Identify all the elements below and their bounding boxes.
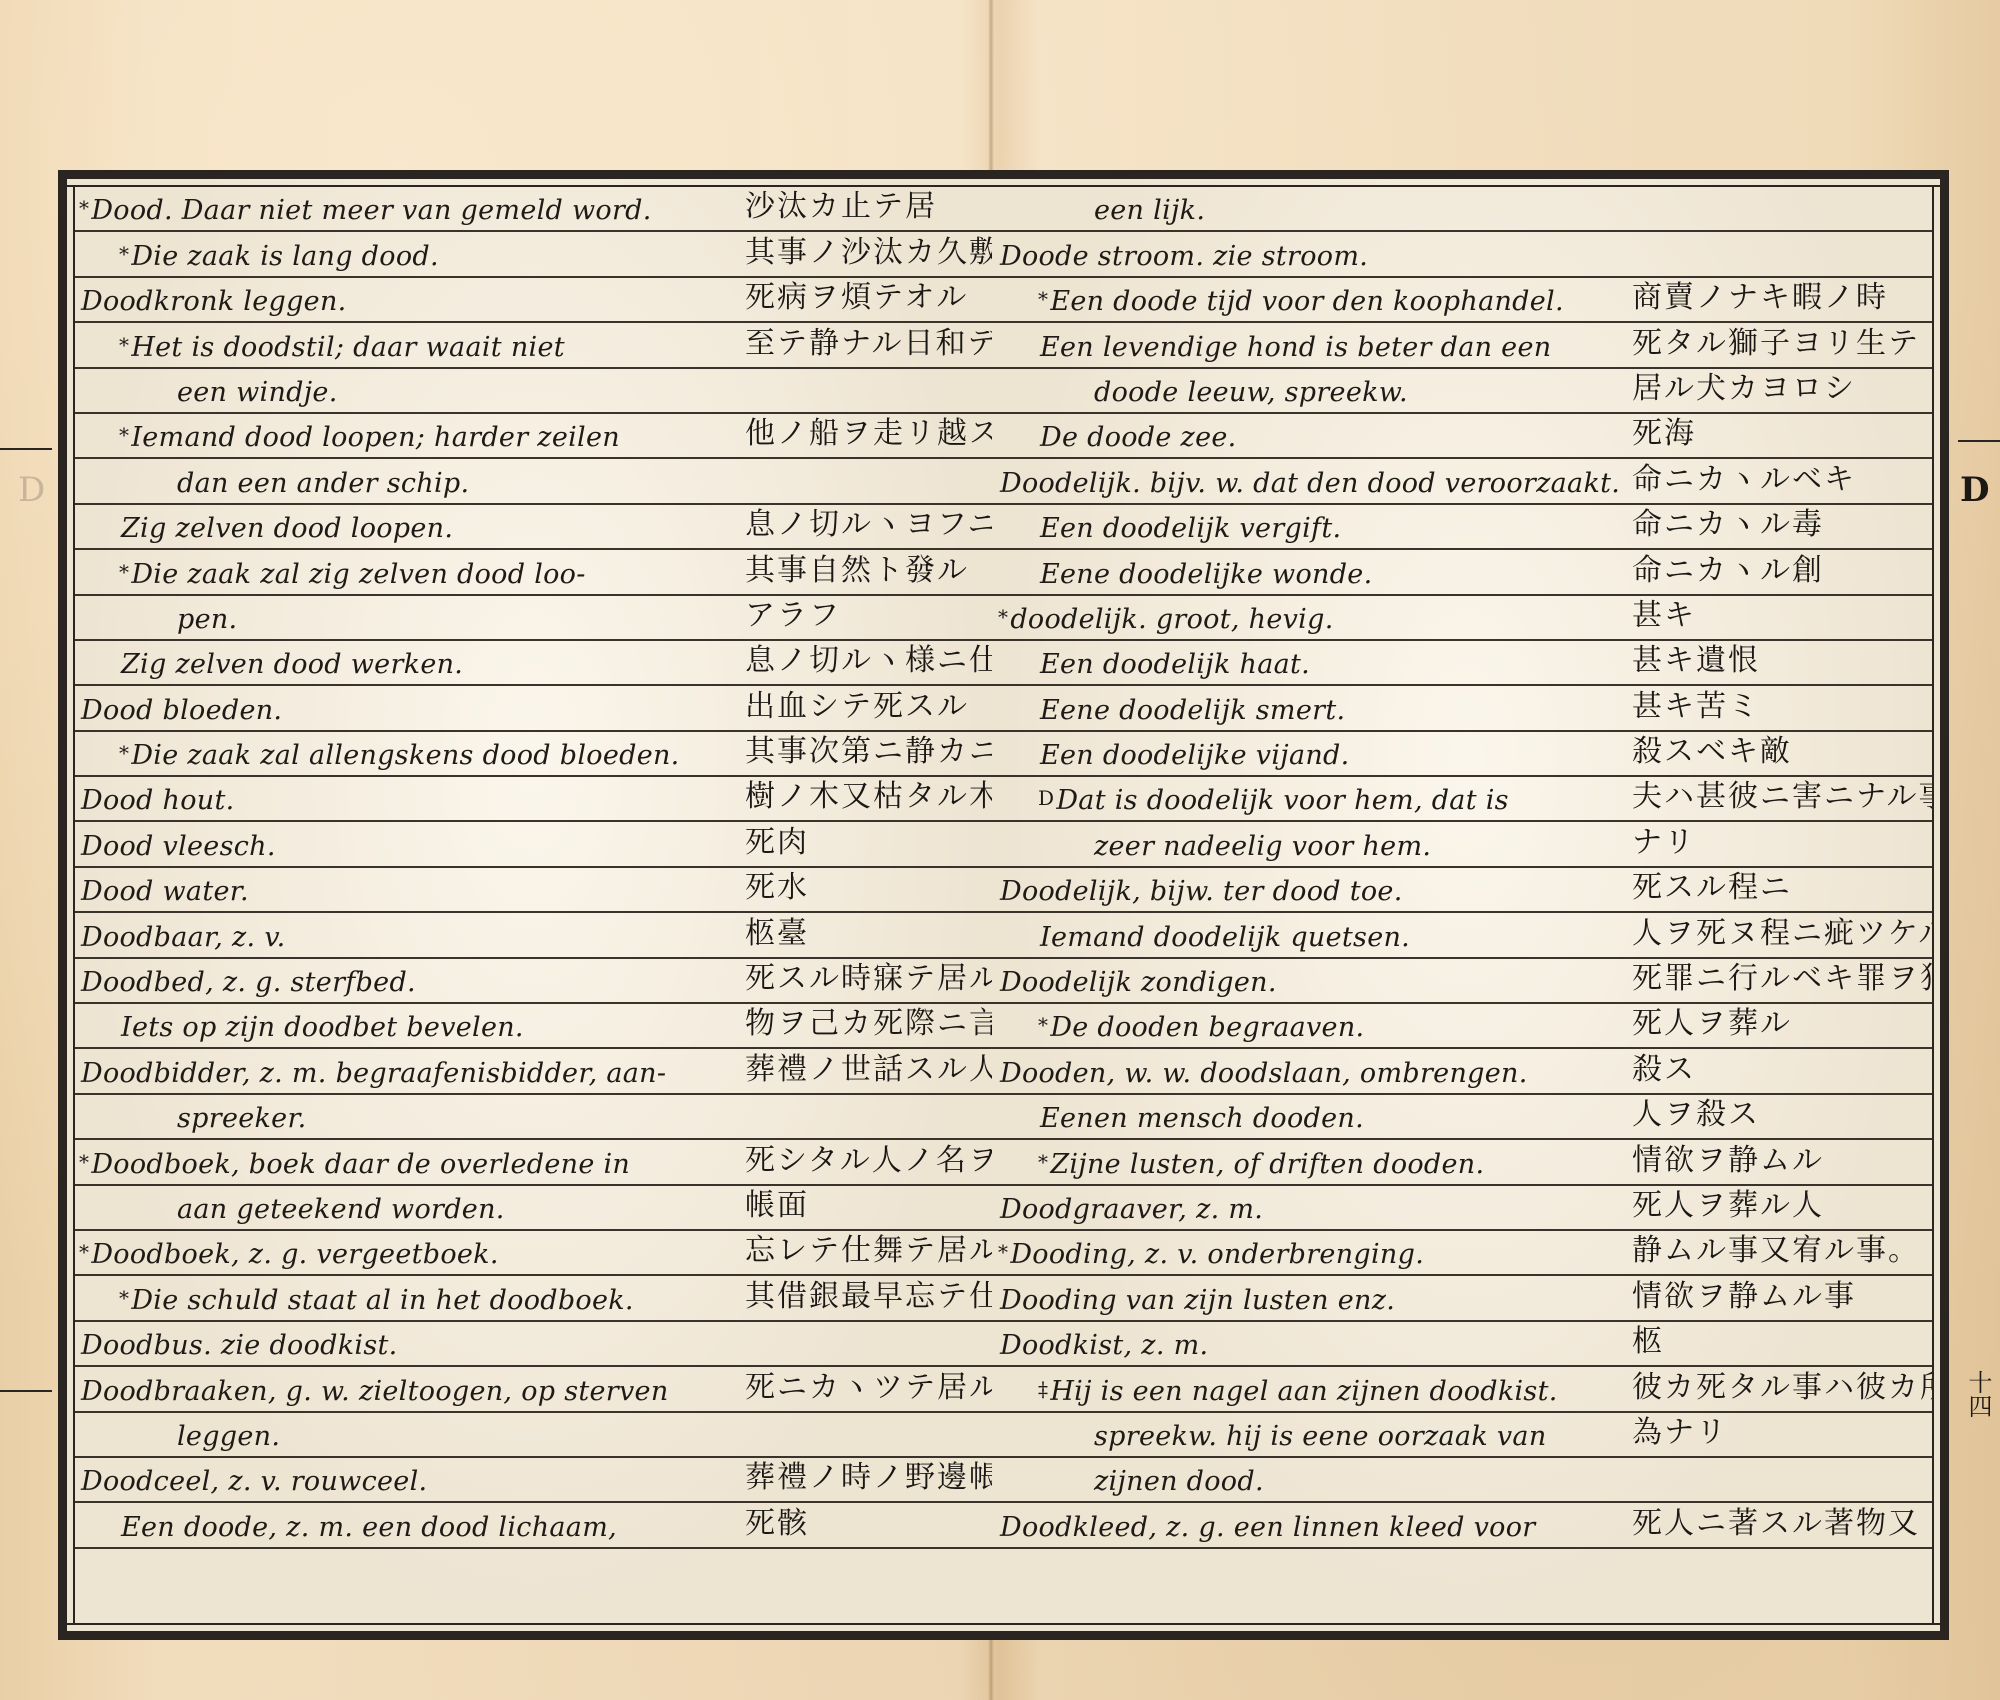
left-entry-list: *Dood. Daar niet meer van gemeld word. 沙…	[75, 187, 997, 1623]
bleed-through-letter: D	[18, 470, 45, 510]
dutch-text: Dooding van zijn lusten enz.	[1000, 1285, 1395, 1316]
entry-marker: *	[119, 741, 129, 765]
dictionary-entry-row: *De dooden begraaven. 死人ヲ葬ル	[992, 1004, 1932, 1049]
dutch-entry-text: een lijk.	[992, 195, 1628, 230]
dutch-text: Die zaak is lang dood.	[131, 241, 439, 272]
entry-marker: *	[1038, 1150, 1048, 1174]
dictionary-entry-row: Doodelijk, bijw. ter dood toe. 死スル程ニ	[992, 868, 1932, 913]
dutch-text: leggen.	[177, 1421, 280, 1452]
dutch-text: Dood hout.	[81, 785, 235, 816]
japanese-translation: 夫ハ甚彼ニ害ニナル事	[1628, 771, 1932, 820]
dutch-text: Een doode, z. m. een dood lichaam,	[121, 1512, 617, 1543]
dutch-text: Dood water.	[81, 876, 249, 907]
japanese-translation: 葬禮ノ世話スル人	[741, 1044, 997, 1093]
dutch-entry-text: Iets op zijn doodbet bevelen.	[75, 1012, 741, 1047]
dictionary-entry-row: Doodbraaken, g. w. zieltoogen, op sterve…	[75, 1367, 997, 1412]
dutch-entry-text: *Die zaak zal zig zelven dood loo-	[75, 559, 741, 594]
dutch-entry-text: Doodgraaver, z. m.	[992, 1194, 1628, 1229]
dutch-entry-text: Dooden, w. w. doodslaan, ombrengen.	[992, 1058, 1628, 1093]
dictionary-entry-row: spreeker.	[75, 1095, 997, 1140]
dutch-entry-text: Doodelijk. bijv. w. dat den dood veroorz…	[992, 468, 1628, 503]
dutch-entry-text: Doodkronk leggen.	[75, 286, 741, 321]
dutch-text: De dooden begraaven.	[1050, 1012, 1364, 1043]
entry-marker: *	[119, 242, 129, 266]
dutch-text: spreeker.	[177, 1103, 307, 1134]
entry-marker: *	[79, 196, 89, 220]
japanese-translation: 殺ス	[1628, 1044, 1932, 1093]
dutch-text: Doodgraaver, z. m.	[1000, 1194, 1263, 1225]
dictionary-entry-row: Dood water. 死水	[75, 868, 997, 913]
dutch-text: Zijne lusten, of driften dooden.	[1050, 1149, 1484, 1180]
dictionary-entry-row: Eene doodelijke wonde. 命ニカヽル創	[992, 550, 1932, 595]
dutch-entry-text: zeer nadeelig voor hem.	[992, 831, 1628, 866]
dictionary-entry-row: Een doodelijk haat. 甚キ遺恨	[992, 641, 1932, 686]
japanese-translation: 死水	[741, 862, 997, 911]
dictionary-entry-row: Doodbaar, z. v. 柩臺	[75, 913, 997, 958]
dutch-entry-text: Een doodelijke vijand.	[992, 740, 1628, 775]
dictionary-entry-row: Doode stroom. zie stroom.	[992, 232, 1932, 277]
japanese-translation: 居ル犬カヨロシ	[1628, 363, 1932, 412]
dutch-text: een windje.	[177, 377, 338, 408]
entry-marker: *	[79, 1150, 89, 1174]
dutch-text: dan een ander schip.	[177, 468, 469, 499]
entry-marker: *	[119, 560, 129, 584]
japanese-translation: 死タル獅子ヨリ生テ	[1628, 318, 1932, 367]
dutch-text: Dood vleesch.	[81, 831, 276, 862]
dutch-entry-text: Dood vleesch.	[75, 831, 741, 866]
japanese-translation	[1628, 225, 1932, 230]
dutch-entry-text: *Doodboek, z. g. vergeetboek.	[75, 1239, 741, 1274]
dictionary-entry-row: Dood vleesch. 死肉	[75, 822, 997, 867]
japanese-translation: ナリ	[1628, 817, 1932, 866]
dutch-text: Zig zelven dood loopen.	[121, 513, 453, 544]
dutch-text: zeer nadeelig voor hem.	[1094, 831, 1431, 862]
dutch-entry-text: *Dooding, z. v. onderbrenging.	[992, 1239, 1628, 1274]
dutch-text: Een doodelijk vergift.	[1040, 513, 1341, 544]
japanese-translation: 死海	[1628, 408, 1932, 457]
japanese-translation: 為ナリ	[1628, 1407, 1932, 1456]
dutch-text: een lijk.	[1094, 195, 1205, 226]
dutch-entry-text: Doode stroom. zie stroom.	[992, 241, 1628, 276]
dictionary-entry-row: Dooding van zijn lusten enz. 情欲ヲ静ムル事	[992, 1276, 1932, 1321]
dictionary-entry-row: *Die zaak zal zig zelven dood loo- 其事自然ト…	[75, 550, 997, 595]
japanese-translation: 沙汰カ止テ居	[741, 181, 997, 230]
dutch-text: Iets op zijn doodbet bevelen.	[121, 1012, 524, 1043]
frame-rule	[1932, 185, 1934, 1625]
japanese-translation: 死シタル人ノ名ヲ附ル	[741, 1135, 997, 1184]
entry-marker: *	[119, 423, 129, 447]
dutch-entry-text: Doodelijk, bijw. ter dood toe.	[992, 876, 1628, 911]
dutch-entry-text: een windje.	[75, 377, 741, 412]
dutch-entry-text: *Doodboek, boek daar de overledene in	[75, 1149, 741, 1184]
dictionary-entry-row: *Iemand dood loopen; harder zeilen 他ノ船ヲ走…	[75, 414, 997, 459]
dutch-text: Iemand dood loopen; harder zeilen	[131, 422, 620, 453]
dictionary-entry-row: *Dood. Daar niet meer van gemeld word. 沙…	[75, 187, 997, 232]
dictionary-entry-row: *Doodboek, z. g. vergeetboek. 忘レテ仕舞テ居ル	[75, 1231, 997, 1276]
dutch-text: De doode zee.	[1040, 422, 1237, 453]
entry-marker: *	[79, 1240, 89, 1264]
entry-marker: *	[998, 605, 1008, 629]
japanese-translation: 死人ヲ葬ル人	[1628, 1180, 1932, 1229]
dictionary-entry-row: Zig zelven dood werken. 息ノ切ルヽ様ニ仕事ヲス	[75, 641, 997, 686]
dictionary-entry-row: Een levendige hond is beter dan een 死タル獅…	[992, 323, 1932, 368]
japanese-translation: 柩	[1628, 1316, 1932, 1365]
japanese-translation: 樹ノ木又枯タル木	[741, 771, 997, 820]
dutch-text: Dooden, w. w. doodslaan, ombrengen.	[1000, 1058, 1528, 1089]
dutch-entry-text: *Het is doodstil; daar waait niet	[75, 332, 741, 367]
entry-marker: *	[998, 1240, 1008, 1264]
japanese-translation: 彼カ死タル事ハ彼カ所	[1628, 1362, 1932, 1411]
japanese-translation: 甚キ苦ミ	[1628, 681, 1932, 730]
dictionary-entry-row: een lijk.	[992, 187, 1932, 232]
margin-rule	[0, 1390, 52, 1392]
dutch-text: Zig zelven dood werken.	[121, 649, 463, 680]
dictionary-entry-row: Dood hout. 樹ノ木又枯タル木	[75, 777, 997, 822]
dutch-text: Eenen mensch dooden.	[1040, 1103, 1364, 1134]
right-entry-list: een lijk. Doode stroom. zie stroom. *Een…	[992, 187, 1932, 1623]
dutch-text: Die zaak zal allengskens dood bloeden.	[131, 740, 679, 771]
japanese-translation: 命ニカヽル毒	[1628, 499, 1932, 548]
left-page: *Dood. Daar niet meer van gemeld word. 沙…	[58, 170, 997, 1640]
japanese-translation: 人ヲ死ヌ程ニ疵ツケル。	[1628, 908, 1932, 957]
dutch-entry-text: Zig zelven dood loopen.	[75, 513, 741, 548]
dutch-entry-text: Doodbaar, z. v.	[75, 922, 741, 957]
japanese-translation: 死人ニ著スル著物又	[1628, 1498, 1932, 1547]
dutch-entry-text: Doodbed, z. g. sterfbed.	[75, 967, 741, 1002]
dictionary-entry-row: *Die zaak is lang dood. 其事ノ沙汰カ久敷止テ	[75, 232, 997, 277]
dutch-text: aan geteekend worden.	[177, 1194, 505, 1225]
dutch-text: Een doodelijk haat.	[1040, 649, 1310, 680]
section-letter: D	[1960, 470, 1989, 510]
dictionary-entry-row: een windje.	[75, 369, 997, 414]
dutch-entry-text: doode leeuw, spreekw.	[992, 377, 1628, 412]
margin-rule	[1958, 440, 2000, 442]
dictionary-entry-row: Doodbus. zie doodkist.	[75, 1322, 997, 1367]
japanese-translation: 甚キ	[1628, 590, 1932, 639]
dictionary-entry-row: *Zijne lusten, of driften dooden. 情欲ヲ静ムル	[992, 1140, 1932, 1185]
japanese-translation: 殺スベキ敵	[1628, 726, 1932, 775]
dutch-text: Dood bloeden.	[81, 695, 282, 726]
dutch-entry-text: Doodceel, z. v. rouwceel.	[75, 1466, 741, 1501]
japanese-translation: 死罪ニ行ルベキ罪ヲ犯ス。	[1628, 953, 1932, 1002]
dictionary-entry-row: zeer nadeelig voor hem. ナリ	[992, 822, 1932, 867]
dutch-entry-text: aan geteekend worden.	[75, 1194, 741, 1229]
margin-rule	[0, 448, 52, 450]
dutch-text: Doodelijk. bijv. w. dat den dood veroorz…	[1000, 468, 1620, 499]
dutch-entry-text: Doodelijk zondigen.	[992, 967, 1628, 1002]
dutch-entry-text: spreeker.	[75, 1103, 741, 1138]
dutch-text: doode leeuw, spreekw.	[1094, 377, 1408, 408]
dutch-text: Iemand doodelijk quetsen.	[1040, 922, 1410, 953]
dutch-text: doodelijk. groot, hevig.	[1010, 604, 1333, 635]
dictionary-entry-row: Een doodelijk vergift. 命ニカヽル毒	[992, 505, 1932, 550]
dutch-entry-text: *Die zaak zal allengskens dood bloeden.	[75, 740, 741, 775]
japanese-translation: 死肉	[741, 817, 997, 866]
dutch-entry-text: *Die schuld staat al in het doodboek.	[75, 1285, 741, 1320]
dictionary-entry-row: Zig zelven dood loopen. 息ノ切ルヽヨフニ馳ル	[75, 505, 997, 550]
japanese-translation: 情欲ヲ静ムル事	[1628, 1271, 1932, 1320]
dutch-entry-text: zijnen dood.	[992, 1466, 1628, 1501]
japanese-translation: 命ニカヽルベキ	[1628, 454, 1932, 503]
dictionary-entry-row: Doodelijk zondigen. 死罪ニ行ルベキ罪ヲ犯ス。	[992, 959, 1932, 1004]
dictionary-entry-row: doode leeuw, spreekw. 居ル犬カヨロシ	[992, 369, 1932, 414]
dutch-text: Doode stroom. zie stroom.	[1000, 241, 1368, 272]
dutch-entry-text: *Iemand dood loopen; harder zeilen	[75, 422, 741, 457]
dutch-entry-text: Een levendige hond is beter dan een	[992, 332, 1628, 367]
dutch-text: Dood. Daar niet meer van gemeld word.	[91, 195, 651, 226]
dutch-entry-text: *doodelijk. groot, hevig.	[992, 604, 1628, 639]
japanese-translation: 他ノ船ヲ走リ越ス	[741, 408, 997, 457]
dutch-text: Doodbaar, z. v.	[81, 922, 286, 953]
dutch-entry-text: Een doodelijk haat.	[992, 649, 1628, 684]
dutch-entry-text: Dood bloeden.	[75, 695, 741, 730]
dutch-text: zijnen dood.	[1094, 1466, 1264, 1497]
dutch-entry-text: leggen.	[75, 1421, 741, 1456]
dictionary-entry-row: Doodelijk. bijv. w. dat den dood veroorz…	[992, 459, 1932, 504]
japanese-translation: 人ヲ殺ス	[1628, 1089, 1932, 1138]
japanese-translation: 静ムル事又宥ル事。	[1628, 1225, 1932, 1274]
dictionary-entry-row: Doodceel, z. v. rouwceel. 葬禮ノ時ノ野邊帳	[75, 1458, 997, 1503]
japanese-translation: 死スル程ニ	[1628, 862, 1932, 911]
entry-marker: D	[1038, 786, 1054, 810]
dutch-entry-text: Dooding van zijn lusten enz.	[992, 1285, 1628, 1320]
entry-marker: *	[119, 333, 129, 357]
dictionary-entry-row: *Doodboek, boek daar de overledene in 死シ…	[75, 1140, 997, 1185]
dictionary-entry-row: Eene doodelijk smert. 甚キ苦ミ	[992, 686, 1932, 731]
dictionary-entry-row: spreekw. hij is eene oorzaak van 為ナリ	[992, 1413, 1932, 1458]
dutch-text: Doodboek, z. g. vergeetboek.	[91, 1239, 498, 1270]
dictionary-entry-row: DDat is doodelijk voor hem, dat is 夫ハ甚彼ニ…	[992, 777, 1932, 822]
dictionary-entry-row: *Een doode tijd voor den koophandel. 商賣ノ…	[992, 278, 1932, 323]
japanese-translation: 商賣ノナキ暇ノ時	[1628, 272, 1932, 321]
dutch-text: pen.	[177, 604, 237, 635]
dutch-entry-text: *De dooden begraaven.	[992, 1012, 1628, 1047]
japanese-translation: 其事ノ沙汰カ久敷止テ	[741, 227, 997, 276]
japanese-translation: 柩臺	[741, 908, 997, 957]
dictionary-entry-row: dan een ander schip.	[75, 459, 997, 504]
dictionary-entry-row: Een doodelijke vijand. 殺スベキ敵	[992, 732, 1932, 777]
japanese-translation: アラフ	[741, 590, 997, 639]
dictionary-entry-row: Doodbidder, z. m. begraafenisbidder, aan…	[75, 1049, 997, 1094]
dictionary-entry-row: Iets op zijn doodbet bevelen. 物ヲ己カ死際ニ言付ル	[75, 1004, 997, 1049]
dutch-entry-text: *Die zaak is lang dood.	[75, 241, 741, 276]
entry-marker: ‡	[1038, 1377, 1048, 1401]
japanese-translation: 死人ヲ葬ル	[1628, 998, 1932, 1047]
dutch-entry-text: Dood water.	[75, 876, 741, 911]
dutch-entry-text: Een doode, z. m. een dood lichaam,	[75, 1512, 741, 1547]
dutch-entry-text: Doodkist, z. m.	[992, 1330, 1628, 1365]
dutch-text: Doodbidder, z. m. begraafenisbidder, aan…	[81, 1058, 666, 1089]
japanese-translation: 忘レテ仕舞テ居ル	[741, 1225, 997, 1274]
dutch-text: Doodkronk leggen.	[81, 286, 347, 317]
japanese-translation: 其事次第ニ静カニナルデアラフ	[741, 726, 997, 775]
dutch-text: Hij is een nagel aan zijnen doodkist.	[1050, 1376, 1557, 1407]
japanese-translation: 命ニカヽル創	[1628, 545, 1932, 594]
frame-rule	[992, 1623, 1940, 1625]
japanese-translation: 死骸	[741, 1498, 997, 1547]
dutch-entry-text: Iemand doodelijk quetsen.	[992, 922, 1628, 957]
dictionary-entry-row: Doodbed, z. g. sterfbed. 死スル時寐テ居ル床	[75, 959, 997, 1004]
dictionary-entry-row: ‡Hij is een nagel aan zijnen doodkist. 彼…	[992, 1367, 1932, 1412]
dictionary-entry-row: Iemand doodelijk quetsen. 人ヲ死ヌ程ニ疵ツケル。	[992, 913, 1932, 958]
frame-rule	[67, 1623, 997, 1625]
dutch-entry-text: *Dood. Daar niet meer van gemeld word.	[75, 195, 741, 230]
dutch-entry-text: *Een doode tijd voor den koophandel.	[992, 286, 1628, 321]
dictionary-entry-row: *Dooding, z. v. onderbrenging. 静ムル事又宥ル事。	[992, 1231, 1932, 1276]
dutch-text: Een doodelijke vijand.	[1040, 740, 1350, 771]
dutch-text: Eene doodelijk smert.	[1040, 695, 1345, 726]
japanese-translation: 死スル時寐テ居ル床	[741, 953, 997, 1002]
japanese-translation: 出血シテ死スル	[741, 681, 997, 730]
dutch-text: Het is doodstil; daar waait niet	[131, 332, 565, 363]
dictionary-entry-row: Dood bloeden. 出血シテ死スル	[75, 686, 997, 731]
dutch-text: Doodkleed, z. g. een linnen kleed voor	[1000, 1512, 1536, 1543]
entry-marker: *	[119, 1286, 129, 1310]
dutch-entry-text: Dood hout.	[75, 785, 741, 820]
japanese-translation: 物ヲ己カ死際ニ言付ル	[741, 998, 997, 1047]
dictionary-entry-row: Doodgraaver, z. m. 死人ヲ葬ル人	[992, 1186, 1932, 1231]
dictionary-entry-row: Doodkronk leggen. 死病ヲ煩テオル	[75, 278, 997, 323]
japanese-translation: 甚キ遺恨	[1628, 635, 1932, 684]
dutch-entry-text: ‡Hij is een nagel aan zijnen doodkist.	[992, 1376, 1628, 1411]
dutch-entry-text: Eene doodelijke wonde.	[992, 559, 1628, 594]
dutch-text: Een levendige hond is beter dan een	[1040, 332, 1551, 363]
dutch-text: spreekw. hij is eene oorzaak van	[1094, 1421, 1547, 1452]
dutch-entry-text: Eene doodelijk smert.	[992, 695, 1628, 730]
dictionary-entry-row: Doodkist, z. m. 柩	[992, 1322, 1932, 1367]
dutch-text: Doodbus. zie doodkist.	[81, 1330, 398, 1361]
dutch-text: Doodbed, z. g. sterfbed.	[81, 967, 416, 998]
dictionary-entry-row: Eenen mensch dooden. 人ヲ殺ス	[992, 1095, 1932, 1140]
dictionary-entry-row: aan geteekend worden. 帳面	[75, 1186, 997, 1231]
dutch-text: Doodbraaken, g. w. zieltoogen, op sterve…	[81, 1376, 669, 1407]
japanese-translation: 其借銀最早忘テ仕舞フ	[741, 1271, 997, 1320]
right-page: een lijk. Doode stroom. zie stroom. *Een…	[992, 170, 1949, 1640]
dutch-entry-text: pen.	[75, 604, 741, 639]
dutch-entry-text: spreekw. hij is eene oorzaak van	[992, 1421, 1628, 1456]
dutch-entry-text: *Zijne lusten, of driften dooden.	[992, 1149, 1628, 1184]
dutch-entry-text: Doodbus. zie doodkist.	[75, 1330, 741, 1365]
dutch-text: Doodkist, z. m.	[1000, 1330, 1208, 1361]
japanese-translation: 其事自然ト發ル	[741, 545, 997, 594]
page-number: 十四	[1964, 1370, 1996, 1418]
dutch-text: Een doode tijd voor den koophandel.	[1050, 286, 1564, 317]
dictionary-entry-row: leggen.	[75, 1413, 997, 1458]
japanese-translation: 死病ヲ煩テオル	[741, 272, 997, 321]
dictionary-entry-row: *Het is doodstil; daar waait niet 至テ静ナル日…	[75, 323, 997, 368]
entry-marker: *	[1038, 1013, 1048, 1037]
japanese-translation: 息ノ切ルヽ様ニ仕事ヲス	[741, 635, 997, 684]
japanese-translation: 帳面	[741, 1180, 997, 1229]
dutch-entry-text: dan een ander schip.	[75, 468, 741, 503]
japanese-translation: 死ニカヽツテ居ル	[741, 1362, 997, 1411]
dutch-text: Die schuld staat al in het doodboek.	[131, 1285, 634, 1316]
dictionary-entry-row: Doodkleed, z. g. een linnen kleed voor 死…	[992, 1503, 1932, 1548]
dutch-entry-text: De doode zee.	[992, 422, 1628, 457]
dictionary-entry-row: zijnen dood.	[992, 1458, 1932, 1503]
dutch-text: Dat is doodelijk voor hem, dat is	[1056, 785, 1509, 816]
dutch-text: Doodceel, z. v. rouwceel.	[81, 1466, 427, 1497]
dutch-entry-text: Eenen mensch dooden.	[992, 1103, 1628, 1138]
dictionary-entry-row: Een doode, z. m. een dood lichaam, 死骸	[75, 1503, 997, 1548]
dutch-text: Doodelijk zondigen.	[1000, 967, 1277, 998]
entry-marker: *	[1038, 287, 1048, 311]
dictionary-entry-row: De doode zee. 死海	[992, 414, 1932, 459]
dictionary-entry-row: Dooden, w. w. doodslaan, ombrengen. 殺ス	[992, 1049, 1932, 1094]
dutch-entry-text: DDat is doodelijk voor hem, dat is	[992, 785, 1628, 820]
dutch-text: Doodboek, boek daar de overledene in	[91, 1149, 630, 1180]
dutch-text: Dooding, z. v. onderbrenging.	[1010, 1239, 1424, 1270]
dutch-entry-text: Doodbidder, z. m. begraafenisbidder, aan…	[75, 1058, 741, 1093]
dutch-entry-text: Een doodelijk vergift.	[992, 513, 1628, 548]
dutch-entry-text: Doodkleed, z. g. een linnen kleed voor	[992, 1512, 1628, 1547]
japanese-translation: 葬禮ノ時ノ野邊帳	[741, 1452, 997, 1501]
japanese-translation: 至テ静ナル日和デア	[741, 318, 997, 367]
dictionary-entry-row: pen. アラフ	[75, 596, 997, 641]
dictionary-entry-row: *Die schuld staat al in het doodboek. 其借…	[75, 1276, 997, 1321]
dictionary-entry-row: *Die zaak zal allengskens dood bloeden. …	[75, 732, 997, 777]
dutch-text: Die zaak zal zig zelven dood loo-	[131, 559, 585, 590]
dutch-text: Doodelijk, bijw. ter dood toe.	[1000, 876, 1403, 907]
dutch-entry-text: Doodbraaken, g. w. zieltoogen, op sterve…	[75, 1376, 741, 1411]
dutch-text: Eene doodelijke wonde.	[1040, 559, 1372, 590]
dutch-entry-text: Zig zelven dood werken.	[75, 649, 741, 684]
dictionary-entry-row: *doodelijk. groot, hevig. 甚キ	[992, 596, 1932, 641]
japanese-translation: 情欲ヲ静ムル	[1628, 1135, 1932, 1184]
japanese-translation: 息ノ切ルヽヨフニ馳ル	[741, 499, 997, 548]
